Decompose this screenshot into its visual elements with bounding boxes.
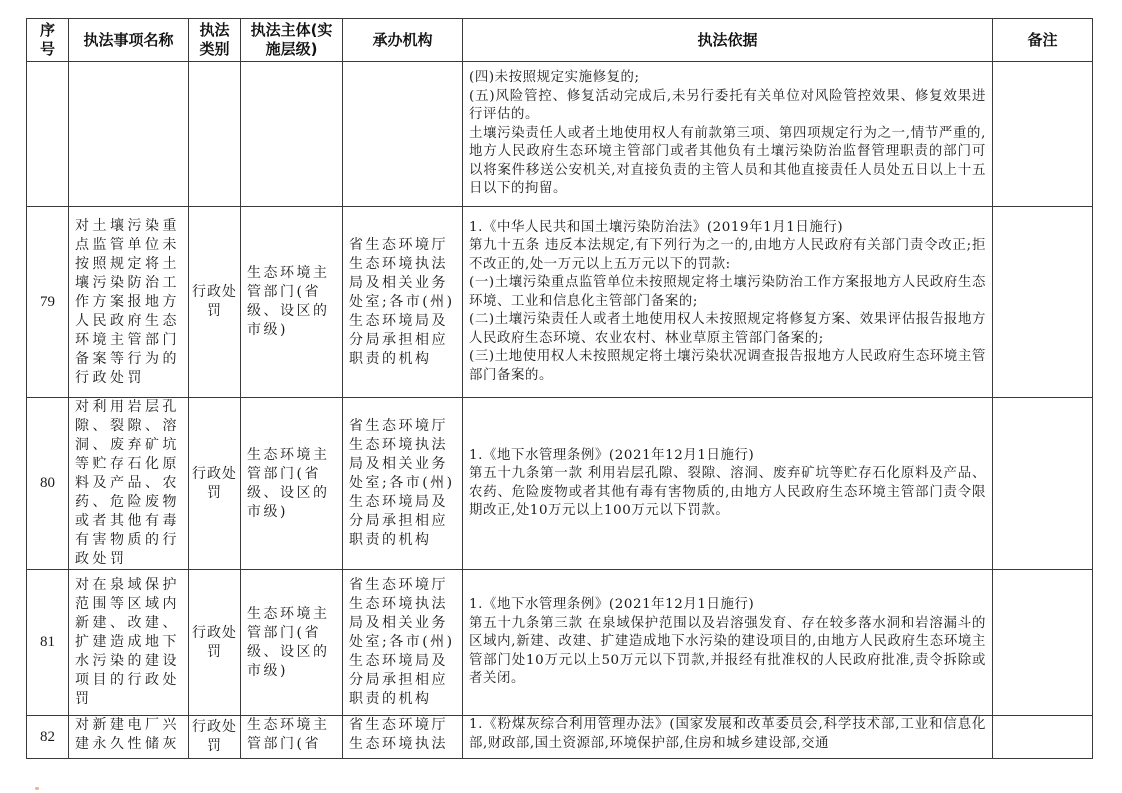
basis-paragraph: (一)土壤污染重点监管单位未按照规定将土壤污染防治工作方案报地方人民政府生态环境… (469, 274, 986, 311)
basis-paragraph: 1.《地下水管理条例》(2021年12月1日施行) (469, 447, 986, 466)
table-row: 82 对新建电厂兴建永久性储灰 行政处罚 生态环境主管部门(省 省生态环境厅生态… (27, 716, 1093, 759)
basis-paragraph: (三)土地使用权人未按照规定将土壤污染状况调查报告报地方人民政府生态环境主管部门… (469, 348, 986, 385)
basis-paragraph: (二)土壤污染责任人或者土地使用权人未按照规定将修复方案、效果评估报告报地方人民… (469, 311, 986, 348)
basis-paragraph: 第九十五条 违反本法规定,有下列行为之一的,由地方人民政府有关部门责令改正;拒不… (469, 237, 986, 274)
cell-item-name: 对在泉域保护范围等区域内新建、改建、扩建造成地下水污染的建设项目的行政处罚 (69, 570, 189, 716)
basis-paragraph: (五)风险管控、修复活动完成后,未另行委托有关单位对风险管控效果、修复效果进行评… (469, 88, 986, 125)
cell-item-name: 对利用岩层孔隙、裂隙、溶洞、废弃矿坑等贮存石化原料及产品、农药、危险废物或者其他… (69, 398, 189, 570)
cell-category: 行政处罚 (189, 716, 241, 759)
header-seq-line-1: 序 (27, 21, 68, 40)
header-basis: 执法依据 (463, 19, 993, 62)
cell-remarks (993, 716, 1093, 759)
cell-agency: 省生态环境厅生态环境执法 (343, 716, 463, 759)
header-agency: 承办机构 (343, 19, 463, 62)
cell-seq: 80 (27, 398, 69, 570)
cell-subject (241, 62, 343, 207)
cell-item-name (69, 62, 189, 207)
basis-paragraph: 1.《地下水管理条例》(2021年12月1日施行) (469, 596, 986, 615)
cell-basis: 1.《地下水管理条例》(2021年12月1日施行) 第五十九条第三款 在泉域保护… (463, 570, 993, 716)
cell-remarks (993, 207, 1093, 398)
cell-remarks (993, 62, 1093, 207)
basis-paragraph: 第五十九条第三款 在泉域保护范围以及岩溶强发育、存在较多落水洞和岩溶漏斗的区域内… (469, 615, 986, 689)
cell-basis: 1.《粉煤灰综合利用管理办法》(国家发展和改革委员会,科学技术部,工业和信息化部… (463, 716, 993, 759)
cell-subject: 生态环境主管部门(省 (241, 716, 343, 759)
table-row: 81 对在泉域保护范围等区域内新建、改建、扩建造成地下水污染的建设项目的行政处罚… (27, 570, 1093, 716)
scan-artifact (35, 787, 39, 790)
cell-agency: 省生态环境厅生态环境执法局及相关业务处室;各市(州)生态环境局及分局承担相应职责… (343, 207, 463, 398)
cell-category (189, 62, 241, 207)
cell-basis: (四)未按照规定实施修复的; (五)风险管控、修复活动完成后,未另行委托有关单位… (463, 62, 993, 207)
cell-subject: 生态环境主管部门(省级、设区的市级) (241, 570, 343, 716)
cell-agency: 省生态环境厅生态环境执法局及相关业务处室;各市(州)生态环境局及分局承担相应职责… (343, 398, 463, 570)
header-category-line-2: 类别 (189, 40, 240, 59)
cell-category: 行政处罚 (189, 207, 241, 398)
header-subject-line-1: 执法主体(实 (241, 21, 342, 40)
cell-category: 行政处罚 (189, 570, 241, 716)
cell-agency (343, 62, 463, 207)
basis-paragraph: 1.《中华人民共和国土壤污染防治法》(2019年1月1日施行) (469, 219, 986, 238)
cell-basis: 1.《地下水管理条例》(2021年12月1日施行) 第五十九条第一款 利用岩层孔… (463, 398, 993, 570)
table-row: 79 对土壤污染重点监管单位未按照规定将土壤污染防治工作方案报地方人民政府生态环… (27, 207, 1093, 398)
table-header-row: 序 号 执法事项名称 执法 类别 执法主体(实 施层级) 承办机构 执法依据 备… (27, 19, 1093, 62)
basis-paragraph: 土壤污染责任人或者土地使用权人有前款第三项、第四项规定行为之一,情节严重的,地方… (469, 125, 986, 199)
header-item-name: 执法事项名称 (69, 19, 189, 62)
cell-subject: 生态环境主管部门(省级、设区的市级) (241, 207, 343, 398)
header-seq: 序 号 (27, 19, 69, 62)
basis-paragraph: 1.《粉煤灰综合利用管理办法》(国家发展和改革委员会,科学技术部,工业和信息化部… (469, 716, 986, 753)
cell-item-name: 对土壤污染重点监管单位未按照规定将土壤污染防治工作方案报地方人民政府生态环境主管… (69, 207, 189, 398)
cell-basis: 1.《中华人民共和国土壤污染防治法》(2019年1月1日施行) 第九十五条 违反… (463, 207, 993, 398)
table-row-continuation: (四)未按照规定实施修复的; (五)风险管控、修复活动完成后,未另行委托有关单位… (27, 62, 1093, 207)
header-seq-line-2: 号 (27, 40, 68, 59)
basis-paragraph: 第五十九条第一款 利用岩层孔隙、裂隙、溶洞、废弃矿坑等贮存石化原料及产品、农药、… (469, 465, 986, 521)
cell-agency: 省生态环境厅生态环境执法局及相关业务处室;各市(州)生态环境局及分局承担相应职责… (343, 570, 463, 716)
cell-remarks (993, 570, 1093, 716)
cell-seq: 79 (27, 207, 69, 398)
basis-paragraph: (四)未按照规定实施修复的; (469, 69, 986, 88)
cell-seq: 81 (27, 570, 69, 716)
header-subject: 执法主体(实 施层级) (241, 19, 343, 62)
header-remarks: 备注 (993, 19, 1093, 62)
header-category: 执法 类别 (189, 19, 241, 62)
enforcement-items-table: 序 号 执法事项名称 执法 类别 执法主体(实 施层级) 承办机构 执法依据 备… (26, 18, 1093, 759)
table-row: 80 对利用岩层孔隙、裂隙、溶洞、废弃矿坑等贮存石化原料及产品、农药、危险废物或… (27, 398, 1093, 570)
cell-subject: 生态环境主管部门(省级、设区的市级) (241, 398, 343, 570)
cell-remarks (993, 398, 1093, 570)
cell-item-name: 对新建电厂兴建永久性储灰 (69, 716, 189, 759)
header-subject-line-2: 施层级) (241, 40, 342, 59)
cell-seq: 82 (27, 716, 69, 759)
cell-seq (27, 62, 69, 207)
header-category-line-1: 执法 (189, 21, 240, 40)
cell-category: 行政处罚 (189, 398, 241, 570)
